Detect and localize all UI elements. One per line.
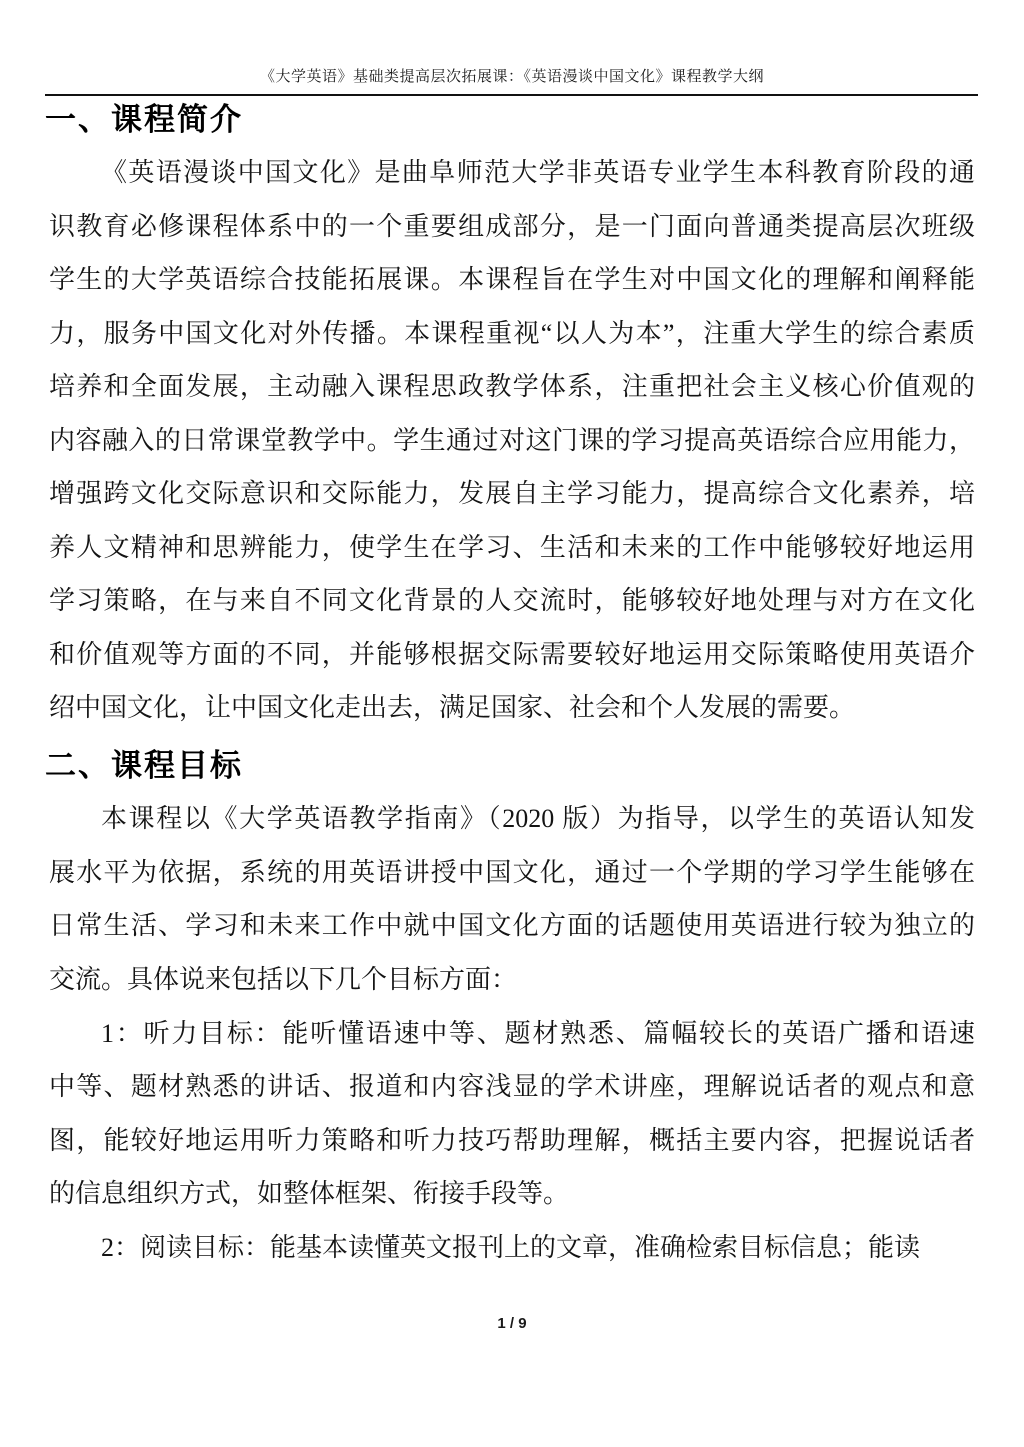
section-heading-course-objectives: 二、课程目标 (45, 746, 243, 786)
body-line: 内容融入的日常课堂教学中。学生通过对这门课的学习提高英语综合应用能力， (49, 414, 975, 468)
body-line: 和价值观等方面的不同，并能够根据交际需要较好地运用交际策略使用英语介 (49, 628, 975, 682)
document-page: 《大学英语》基础类提高层次拓展课：《英语漫谈中国文化》课程教学大纲 一、课程简介… (0, 0, 1024, 1447)
body-line: 展水平为依据，系统的用英语讲授中国文化，通过一个学期的学习学生能够在 (49, 846, 975, 900)
body-line: 图，能较好地运用听力策略和听力技巧帮助理解，概括主要内容，把握说话者 (49, 1114, 975, 1168)
body-line: 力，服务中国文化对外传播。本课程重视“以人为本”，注重大学生的综合素质 (49, 307, 975, 361)
body-line: 本课程以《大学英语教学指南》（2020 版）为指导，以学生的英语认知发 (49, 792, 975, 846)
body-line: 识教育必修课程体系中的一个重要组成部分，是一门面向普通类提高层次班级 (49, 200, 975, 254)
page-number: 1 / 9 (0, 1314, 1024, 1334)
body-line: 1：听力目标：能听懂语速中等、题材熟悉、篇幅较长的英语广播和语速 (49, 1007, 975, 1061)
body-line: 交流。具体说来包括以下几个目标方面： (49, 953, 975, 1007)
body-line: 增强跨文化交际意识和交际能力，发展自主学习能力，提高综合文化素养，培 (49, 467, 975, 521)
page-header-title: 《大学英语》基础类提高层次拓展课：《英语漫谈中国文化》课程教学大纲 (0, 66, 1024, 88)
body-line: 学生的大学英语综合技能拓展课。本课程旨在学生对中国文化的理解和阐释能 (49, 253, 975, 307)
header-divider (45, 94, 978, 96)
body-line: 学习策略，在与来自不同文化背景的人交流时，能够较好地处理与对方在文化 (49, 574, 975, 628)
body-line: 2：阅读目标：能基本读懂英文报刊上的文章，准确检索目标信息；能读 (49, 1221, 975, 1275)
body-line: 养人文精神和思辨能力，使学生在学习、生活和未来的工作中能够较好地运用 (49, 521, 975, 575)
body-line: 培养和全面发展，主动融入课程思政教学体系，注重把社会主义核心价值观的 (49, 360, 975, 414)
body-line: 绍中国文化，让中国文化走出去，满足国家、社会和个人发展的需要。 (49, 681, 975, 735)
body-line: 日常生活、学习和未来工作中就中国文化方面的话题使用英语进行较为独立的 (49, 899, 975, 953)
body-line: 的信息组织方式，如整体框架、衔接手段等。 (49, 1167, 975, 1221)
section-heading-course-intro: 一、课程简介 (45, 100, 243, 140)
body-line: 《英语漫谈中国文化》是曲阜师范大学非英语专业学生本科教育阶段的通 (49, 146, 975, 200)
body-line: 中等、题材熟悉的讲话、报道和内容浅显的学术讲座，理解说话者的观点和意 (49, 1060, 975, 1114)
